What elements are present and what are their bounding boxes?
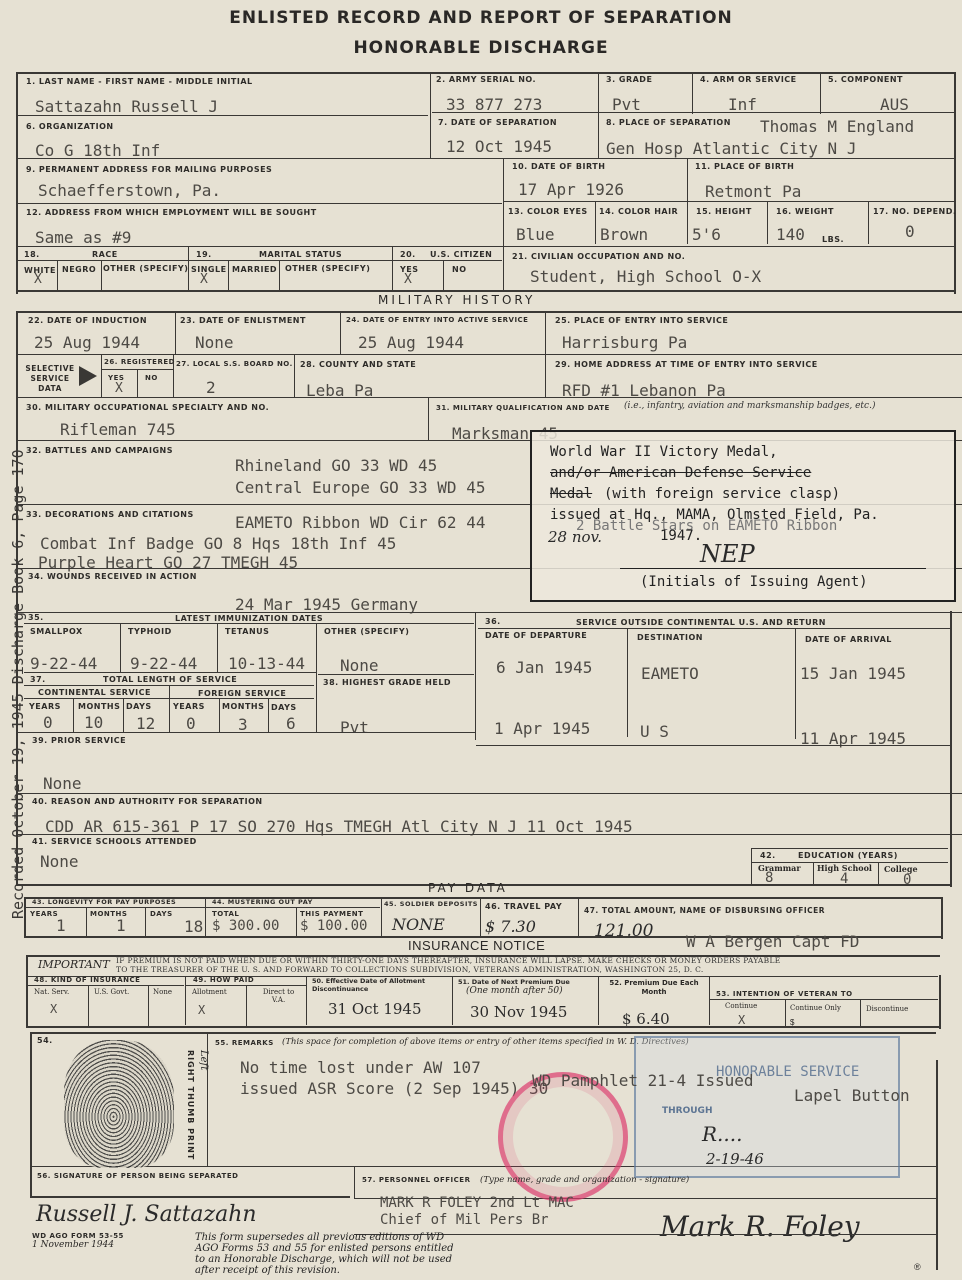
- remarks-line-3: WD Pamphlet 21-4 Issued: [532, 1071, 754, 1090]
- divider: [687, 158, 688, 244]
- decoration-3: Purple Heart GO 27 TMEGH 45: [38, 553, 298, 572]
- label-allotment-date: 50. Effective Date of Allotment Disconti…: [312, 977, 448, 993]
- label-height: 15. Height: [696, 207, 752, 216]
- stamp-date: 2-19-46: [706, 1150, 764, 1168]
- arrival-1: 15 Jan 1945: [800, 664, 906, 683]
- label-immunization: Latest Immunization Dates: [175, 614, 323, 623]
- divider: [381, 898, 382, 936]
- divider: [219, 699, 220, 732]
- date-of-separation: 12 Oct 1945: [446, 137, 552, 156]
- divider: [354, 1167, 355, 1198]
- divider: [598, 72, 599, 158]
- victory-medal-slip: World War II Victory Medal, and/or Ameri…: [530, 430, 956, 602]
- label-deposits: 45. Soldier Deposits: [384, 900, 478, 908]
- intention-continue: Continue: [725, 1002, 757, 1010]
- victory-year: 1947.: [660, 528, 702, 544]
- longevity-years: 1: [56, 916, 66, 935]
- citizen-option-no: No: [452, 265, 467, 274]
- total-amount: 121.00: [594, 921, 653, 941]
- continental-months: 10: [84, 713, 103, 732]
- label-personnel-officer: 57. Personnel Officer: [362, 1176, 470, 1184]
- divider: [813, 862, 814, 886]
- intention-discontinue: Discontinue: [866, 1005, 908, 1013]
- form-date: 1 November 1944: [32, 1240, 114, 1250]
- education-header-college: College: [884, 864, 918, 874]
- divider: [443, 261, 444, 290]
- stamp-through: THROUGH: [662, 1106, 712, 1116]
- overseas-header-departure: Date of Departure: [485, 631, 587, 640]
- insurance-notice-1: IF PREMIUM IS NOT PAID WHEN DUE OR WITHI…: [116, 956, 781, 965]
- label-component: 5. Component: [828, 75, 903, 84]
- label-overseas-num: 36.: [485, 617, 501, 626]
- label-continental: Continental Service: [38, 688, 151, 697]
- label-thumbprint-num: 54.: [37, 1036, 53, 1045]
- other-immunization: None: [340, 656, 379, 675]
- label-citizen: U.S. Citizen: [430, 250, 492, 259]
- divider: [710, 999, 938, 1000]
- next-premium-hint: (One month after 50): [466, 986, 563, 996]
- label-schools: 41. Service Schools Attended: [32, 837, 197, 846]
- divider: [820, 72, 821, 114]
- longevity-header-years: Years: [30, 910, 58, 918]
- paid-option-allotment: Allotment: [192, 988, 227, 996]
- race-option-other: Other (specify): [103, 264, 188, 273]
- qualification-hint: (i.e., infantry, aviation and marksmansh…: [624, 401, 875, 411]
- label-place-separation: 8. Place of Separation: [606, 118, 731, 127]
- divider: [296, 908, 297, 936]
- divider: [936, 1060, 938, 1270]
- divider: [503, 158, 504, 246]
- label-travel-pay: 46. Travel Pay: [485, 902, 562, 911]
- divider: [316, 624, 317, 732]
- section-military-history: MILITARY HISTORY: [378, 293, 535, 307]
- foreign-years: 0: [186, 714, 196, 733]
- supersedes-note: This form supersedes all previous editio…: [195, 1232, 460, 1276]
- victory-line-3b: (with foreign service clasp): [604, 486, 840, 502]
- divider: [279, 261, 280, 290]
- longevity-months: 1: [116, 916, 126, 935]
- date-of-enlistment: None: [195, 333, 234, 352]
- label-decorations: 33. Decorations and Citations: [26, 510, 194, 519]
- weight-unit: LBS.: [822, 235, 844, 244]
- hair-color: Brown: [600, 225, 648, 244]
- place-of-separation-2: Gen Hosp Atlantic City N J: [606, 139, 856, 158]
- recorded-note: Recorded October 19, 1945 Discharge Book…: [9, 419, 27, 919]
- label-immunization-num: 35.: [28, 613, 44, 622]
- divider: [120, 624, 121, 672]
- label-citizen-num: 20.: [400, 250, 416, 259]
- divider: [767, 202, 768, 244]
- divider: [954, 72, 956, 294]
- divider: [475, 612, 476, 740]
- label-highest-grade: 38. Highest Grade Held: [323, 678, 451, 687]
- departure-2: 1 Apr 1945: [494, 719, 590, 738]
- label-intention: 53. Intention of Veteran to: [716, 990, 853, 998]
- divider: [878, 862, 879, 886]
- divider: [16, 311, 962, 313]
- divider: [101, 261, 102, 290]
- label-overseas: Service Outside Continental U.S. and Ret…: [576, 618, 826, 627]
- height: 5'6: [692, 225, 721, 244]
- separated-signature: Russell J. Sattazahn: [36, 1202, 257, 1227]
- divider: [709, 977, 710, 1025]
- divider: [950, 611, 952, 887]
- divider: [169, 686, 170, 732]
- organization: Co G 18th Inf: [35, 141, 160, 160]
- divider: [598, 977, 599, 1025]
- insurance-option-usgovt: U.S. Govt.: [94, 988, 129, 996]
- next-premium-date: 30 Nov 1945: [470, 1003, 567, 1021]
- intention-check: X: [738, 1013, 745, 1027]
- divider: [88, 986, 89, 1026]
- label-hair: 14. Color Hair: [599, 207, 678, 216]
- header-months: Months: [78, 702, 120, 711]
- header-months-foreign: Months: [222, 702, 264, 711]
- longevity-header-days: Days: [150, 910, 173, 918]
- divider: [18, 834, 962, 835]
- victory-line-3a: Medal: [550, 486, 592, 502]
- label-education: Education (Years): [798, 851, 898, 860]
- divider: [101, 355, 102, 397]
- label-total-amount: 47. Total Amount, Name of Disbursing Off…: [584, 906, 825, 915]
- disbursing-officer: W A Bergen Capt FD: [686, 932, 859, 951]
- victory-date-handwritten: 28 nov.: [548, 528, 602, 546]
- place-of-birth: Retmont Pa: [705, 182, 801, 201]
- divider: [18, 793, 962, 794]
- marital-option-married: Married: [232, 265, 277, 274]
- allotment-discontinuance-date: 31 Oct 1945: [328, 1000, 422, 1018]
- divider: [205, 898, 206, 936]
- prior-service: None: [43, 774, 82, 793]
- race-checkbox: X: [34, 272, 42, 287]
- mustering-payment: $ 100.00: [300, 918, 367, 934]
- label-grade: 3. Grade: [606, 75, 652, 84]
- divider: [28, 985, 184, 986]
- label-county: 28. County and State: [300, 360, 416, 369]
- label-home-address: 29. Home Address at Time of Entry into S…: [555, 360, 818, 369]
- label-wounds: 34. Wounds Received in Action: [28, 572, 197, 581]
- label-separation-reason: 40. Reason and Authority for Separation: [32, 797, 263, 806]
- divider: [86, 908, 87, 936]
- divider: [217, 624, 218, 672]
- divider: [340, 311, 341, 354]
- highest-grade: Pvt: [340, 718, 369, 737]
- label-last-name: 1. Last Name - First Name - Middle Initi…: [26, 77, 253, 86]
- decoration-1: EAMETO Ribbon WD Cir 62 44: [235, 513, 485, 532]
- divider: [627, 629, 628, 737]
- employment-address: Same as #9: [35, 228, 131, 247]
- divider: [751, 848, 752, 886]
- label-battles: 32. Battles and Campaigns: [26, 446, 173, 455]
- divider: [478, 628, 952, 629]
- grade: Pvt: [612, 95, 641, 114]
- thumbprint-note: Left: [198, 1050, 209, 1070]
- header-years: Years: [29, 702, 61, 711]
- important-label: IMPORTANT: [38, 958, 110, 971]
- label-induction: 22. Date of Induction: [28, 316, 147, 325]
- label-this-payment: This Payment: [300, 910, 363, 918]
- label-length-num: 37.: [30, 675, 46, 684]
- insurance-option-natserv: Nat. Serv.: [34, 988, 69, 996]
- divider: [18, 732, 476, 733]
- divider: [24, 907, 380, 908]
- divider: [18, 612, 962, 613]
- divider: [868, 202, 869, 244]
- divider: [175, 311, 176, 354]
- divider: [430, 72, 431, 158]
- divider: [24, 672, 316, 673]
- document-subtitle: HONORABLE DISCHARGE: [0, 38, 962, 58]
- label-occupation: 21. Civilian Occupation and No.: [512, 252, 685, 261]
- label-arm: 4. Arm or Service: [700, 75, 797, 84]
- label-organization: 6. Organization: [26, 122, 114, 131]
- label-birth-date: 10. Date of Birth: [512, 162, 605, 171]
- marital-option-single: Single: [191, 265, 227, 274]
- divider: [268, 699, 269, 732]
- full-name: Sattazahn Russell J: [35, 97, 218, 116]
- thumbprint-image: [64, 1040, 174, 1168]
- section-insurance: INSURANCE NOTICE: [408, 938, 545, 953]
- label-next-premium: 51. Date of Next Premium Due: [458, 978, 570, 986]
- citizen-checkbox: X: [404, 272, 412, 287]
- label-premium-due: 52. Premium Due Each Month: [604, 979, 704, 997]
- permanent-address: Schaefferstown, Pa.: [38, 181, 221, 200]
- divider: [785, 1000, 786, 1028]
- header-days-foreign: Days: [271, 703, 297, 712]
- overseas-header-destination: Destination: [637, 633, 703, 642]
- registered-mark-icon: ®: [914, 1262, 921, 1272]
- victory-line-2: and/or American Defense Service: [550, 465, 811, 481]
- thumbprint-label: Right Thumb Print: [186, 1050, 195, 1160]
- component: AUS: [880, 95, 909, 114]
- divider: [294, 355, 295, 397]
- divider: [428, 397, 429, 440]
- marital-option-other: Other (specify): [285, 264, 370, 273]
- label-longevity: 43. Longevity for Pay Purposes: [32, 898, 176, 906]
- smallpox-date: 9-22-44: [30, 654, 97, 673]
- decoration-2: Combat Inf Badge GO 8 Hqs 18th Inf 45: [40, 534, 396, 553]
- arm-or-service: Inf: [728, 95, 757, 114]
- serial-number: 33 877 273: [446, 95, 542, 114]
- battle-1: Rhineland GO 33 WD 45: [235, 456, 437, 475]
- eye-color: Blue: [516, 225, 555, 244]
- divider: [752, 848, 948, 849]
- remarks-line-2: issued ASR Score (2 Sep 1945) 30: [240, 1079, 548, 1098]
- divider: [123, 699, 124, 732]
- race-option-negro: Negro: [62, 265, 96, 274]
- remarks-line-1: No time lost under AW 107: [240, 1058, 481, 1077]
- divider: [504, 201, 954, 202]
- divider: [18, 203, 502, 204]
- divider: [392, 246, 393, 290]
- longevity-days: 18: [184, 917, 203, 936]
- divider: [30, 1032, 936, 1034]
- label-other-immunization: Other (specify): [324, 627, 409, 636]
- divider: [503, 246, 504, 290]
- personnel-officer-name: MARK R FOLEY 2nd Lt MAC: [380, 1195, 574, 1211]
- dependents: 0: [905, 222, 915, 241]
- place-of-entry: Harrisburg Pa: [562, 333, 687, 352]
- insurance-option-none: None: [153, 988, 172, 996]
- date-of-birth: 17 Apr 1926: [518, 180, 624, 199]
- label-serial: 2. Army Serial No.: [436, 75, 536, 84]
- divider: [148, 986, 149, 1026]
- divider: [620, 568, 926, 569]
- remarks-line-4: Lapel Button: [794, 1086, 910, 1105]
- label-remarks: 55. Remarks: [215, 1039, 274, 1047]
- weight: 140: [776, 225, 805, 244]
- divider: [318, 674, 474, 675]
- label-race: Race: [92, 250, 118, 259]
- header-days: Days: [126, 702, 152, 711]
- label-signature-separated: 56. Signature of Person Being Separated: [37, 1172, 238, 1180]
- label-race-num: 18.: [24, 250, 40, 259]
- document-title: ENLISTED RECORD AND REPORT OF SEPARATION: [0, 8, 962, 28]
- place-of-separation-1: Thomas M England: [760, 117, 914, 136]
- divider: [692, 72, 693, 114]
- divider: [795, 629, 796, 739]
- divider: [476, 745, 952, 746]
- victory-caption: (Initials of Issuing Agent): [640, 574, 868, 590]
- divider: [246, 986, 247, 1026]
- label-marital: Marital Status: [259, 250, 342, 259]
- divider: [545, 311, 546, 397]
- label-mustering: 44. Mustering Out Pay: [212, 898, 313, 906]
- label-length: Total Length of Service: [103, 675, 237, 684]
- overseas-header-arrival: Date of Arrival: [805, 635, 892, 644]
- divider: [28, 976, 938, 977]
- divider: [941, 897, 943, 939]
- local-board: 2: [206, 378, 216, 397]
- section-pay-data: PAY DATA: [428, 881, 508, 895]
- soldier-deposits: NONE: [392, 915, 445, 934]
- divider: [306, 977, 307, 1025]
- label-registered: 26. Registered: [104, 358, 175, 366]
- divider: [30, 1032, 32, 1198]
- label-insurance-kind: 48. Kind of Insurance: [34, 976, 140, 984]
- foreign-days: 6: [286, 714, 296, 733]
- divider: [595, 202, 596, 244]
- divider: [137, 369, 138, 397]
- civilian-occupation: Student, High School O-X: [530, 267, 761, 286]
- label-enlistment: 23. Date of Enlistment: [180, 316, 306, 325]
- insurance-kind-check: X: [50, 1002, 57, 1016]
- divider: [145, 908, 146, 936]
- insurance-notice-2: TO THE TREASURER OF THE U. S. AND FORWAR…: [116, 965, 704, 974]
- tetanus-date: 10-13-44: [228, 654, 305, 673]
- continental-days: 12: [136, 714, 155, 733]
- divider: [939, 975, 941, 1029]
- divider: [30, 1196, 350, 1198]
- battle-stars: 2 Battle Stars on EAMETO Ribbon: [576, 518, 837, 534]
- divider: [26, 1026, 940, 1028]
- label-smallpox: Smallpox: [30, 627, 83, 636]
- divider: [228, 261, 229, 290]
- divider: [480, 898, 481, 936]
- label-birth-place: 11. Place of Birth: [695, 162, 794, 171]
- victory-line-1: World War II Victory Medal,: [550, 444, 778, 460]
- label-qualification: 31. Military Qualification and Date: [436, 404, 610, 412]
- label-marital-num: 19.: [196, 250, 212, 259]
- divider: [18, 260, 502, 261]
- header-years-foreign: Years: [173, 702, 205, 711]
- label-eyes: 13. Color Eyes: [508, 207, 588, 216]
- label-place-entry: 25. Place of Entry into Service: [555, 316, 728, 325]
- date-of-induction: 25 Aug 1944: [34, 333, 140, 352]
- marital-checkbox: X: [200, 272, 208, 287]
- continental-years: 0: [43, 713, 53, 732]
- label-mustering-total: Total: [212, 910, 239, 918]
- personnel-officer-title: Chief of Mil Pers Br: [380, 1212, 549, 1228]
- divider: [101, 369, 173, 370]
- form-id: WD AGO FORM 53-55: [32, 1232, 124, 1240]
- label-typhoid: Typhoid: [128, 627, 172, 636]
- divider: [578, 898, 579, 936]
- date-of-active-service: 25 Aug 1944: [358, 333, 464, 352]
- label-tetanus: Tetanus: [225, 627, 269, 636]
- mustering-total: $ 300.00: [212, 918, 279, 934]
- divider: [26, 955, 28, 1027]
- label-employment-address: 12. Address from which Employment will b…: [26, 208, 317, 217]
- label-board: 27. Local S.S. Board No.: [176, 360, 293, 368]
- registered-no: No: [145, 374, 158, 382]
- divider: [18, 397, 962, 398]
- label-active-service: 24. Date of Entry into Active Service: [346, 316, 528, 324]
- destination-2: U S: [640, 722, 669, 741]
- mos: Rifleman 745: [60, 420, 176, 439]
- personnel-officer-hint: (Type name, grade and organization - sig…: [480, 1175, 689, 1185]
- stamp-signature: R....: [702, 1122, 743, 1146]
- issuing-agent-initials: NEP: [700, 540, 755, 568]
- how-paid-check: X: [198, 1003, 205, 1017]
- divider: [57, 261, 58, 290]
- divider: [452, 977, 453, 1025]
- label-mos: 30. Military Occupational Specialty and …: [26, 403, 269, 412]
- divider: [16, 72, 956, 74]
- divider: [73, 699, 74, 732]
- travel-pay: $ 7.30: [485, 917, 536, 936]
- divider: [860, 1000, 861, 1028]
- divider: [16, 290, 956, 292]
- divider: [18, 354, 962, 355]
- divider: [24, 623, 474, 624]
- label-prior-service: 39. Prior Service: [32, 736, 126, 745]
- label-education-num: 42.: [760, 851, 776, 860]
- label-weight: 16. Weight: [776, 207, 834, 216]
- label-date-separation: 7. Date of Separation: [438, 118, 557, 127]
- personnel-officer-signature: Mark R. Foley: [660, 1210, 860, 1243]
- label-dependents: 17. No. Depend.: [873, 207, 956, 216]
- honorable-service-stamp: HONORABLE SERVICE THROUGH R.... 2-19-46: [634, 1036, 900, 1178]
- departure-1: 6 Jan 1945: [496, 658, 592, 677]
- label-foreign: Foreign Service: [198, 689, 286, 698]
- divider: [24, 897, 26, 937]
- arrow-right-icon: [79, 366, 97, 386]
- registered-checkbox: X: [115, 381, 123, 396]
- label-permanent-address: 9. Permanent Address for Mailing Purpose…: [26, 165, 272, 174]
- remarks-hint: (This space for completion of above item…: [282, 1037, 689, 1047]
- typhoid-date: 9-22-44: [130, 654, 197, 673]
- label-how-paid: 49. How Paid: [193, 976, 254, 984]
- destination-1: EAMETO: [641, 664, 699, 683]
- divider: [18, 246, 954, 247]
- intention-continue-only: Continue Only: [790, 1004, 841, 1012]
- battle-2: Central Europe GO 33 WD 45: [235, 478, 485, 497]
- selective-service-label: Selective Service Data: [22, 364, 78, 394]
- service-schools: None: [40, 852, 79, 871]
- paid-option-direct: Direct to V.A.: [256, 988, 301, 1004]
